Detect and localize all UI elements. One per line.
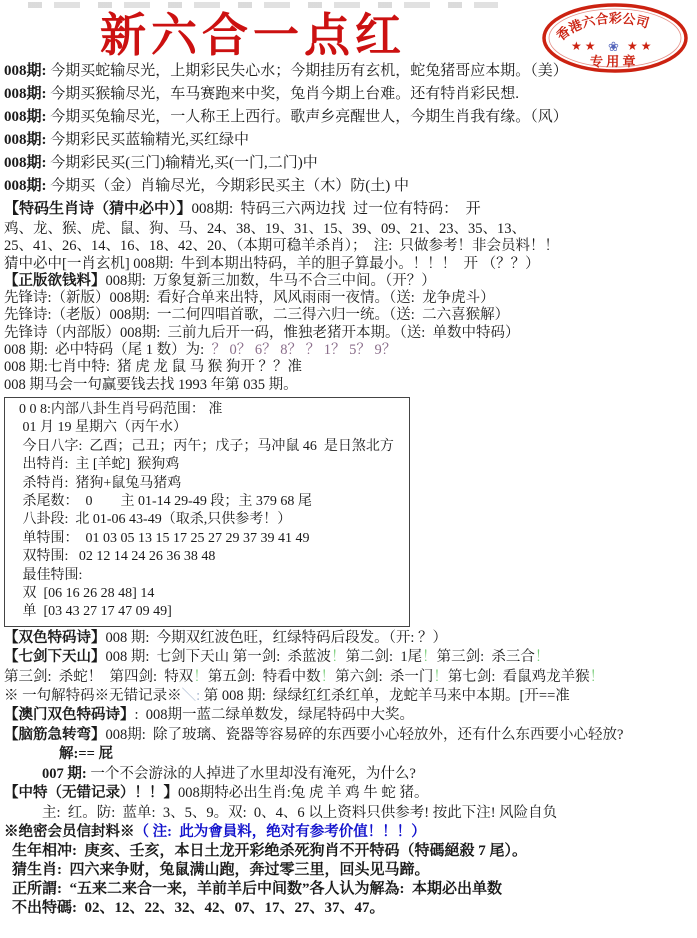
text-segment: 今期买（金）肖输尽光，今期彩民买主（木）防(土) 中: [50, 178, 409, 194]
text-line: 双 [06 16 26 28 48] 14: [19, 585, 405, 603]
text-segment: 今期买兔输尽光，一人称王上西行。歌声乡亮醒世人，今期生肖我有缘。（风）: [50, 109, 568, 125]
text-segment: 【双色特码诗】: [4, 630, 106, 646]
text-segment: ＼:: [182, 688, 201, 704]
text-segment: 八卦段: 北 01-06 43-49（取杀,只供参考！）: [19, 512, 291, 527]
text-line: 【正版欲钱料】008期: 万象复新三加数，牛马不合三中间。（开？）: [4, 273, 694, 290]
text-segment: 杀尾数： 0 主 01-14 29-49 段；主 379 68 尾: [19, 494, 312, 509]
stamp-stars-right: ★ ★: [627, 39, 652, 53]
text-segment: 008期特必出生肖:兔 虎 羊 鸡 牛 蛇 猪。: [178, 785, 429, 801]
text-segment: ！: [422, 649, 437, 665]
text-line: 第三剑: 杀蛇！ 第四剑: 特双！第五剑: 特看中数！第六剑: 杀一门！第七剑:…: [4, 668, 694, 687]
text-line: 【中特（无错记录）！！】008期特必出生肖:兔 虎 羊 鸡 牛 蛇 猪。: [4, 784, 694, 803]
text-segment: 008 期: 今期双红波色旺，红绿特码后段发。（开: ？）: [106, 630, 448, 646]
text-line: 008 期: 必中特码（尾 1 数）为: ？ 0？ 6？ 8？ ？ 1？ 5？ …: [4, 342, 694, 359]
sheet-content: 008期: 今期买蛇输尽光，上期彩民失心水；今期挂历有玄机，蛇兔猪哥应本期。（美…: [4, 60, 694, 918]
text-segment: 第三剑: 杀三合: [437, 649, 535, 665]
text-segment: 第六剑: 杀一门: [335, 669, 433, 685]
text-line: 【澳门双色特码诗】: 008期一蓝二绿单数发，绿尾特码中大奖。: [4, 706, 694, 725]
text-segment: ！: [321, 669, 336, 685]
text-segment: 【澳门双色特码诗】: [4, 707, 135, 723]
text-segment: ！: [433, 669, 448, 685]
text-segment: 双 [06 16 26 28 48] 14: [19, 586, 154, 601]
text-segment: 007 期:: [42, 766, 90, 782]
page-title: 新六合一点红: [100, 10, 406, 62]
text-line: 【脑筋急转弯】008期: 除了玻璃、瓷器等容易碎的东西要小心轻放外，还有什么东西…: [4, 726, 694, 745]
text-segment: ？ 0？ 6？ 8？ ？ 1？ 5？ 9？: [211, 342, 396, 358]
text-segment: 一个不会游泳的人掉进了水里却没有淹死，为什么?: [90, 766, 415, 782]
stamp-flower-icon: ❀: [608, 39, 619, 54]
text-segment: 单特围： 01 03 05 13 15 17 25 27 29 37 39 41…: [19, 531, 310, 546]
text-segment: 第 008 期: 绿绿红红杀红单，龙蛇羊马来中本期。[开==准: [200, 688, 570, 704]
top-artifact: [28, 2, 498, 8]
text-line: 最佳特围:: [19, 567, 405, 585]
text-segment: 解:== 屁: [59, 746, 113, 762]
text-line: 出特肖: 主 [羊蛇] 猴狗鸡: [19, 456, 405, 474]
text-segment: （ 注: 此为會員料，绝对有参考价值！！！）: [135, 824, 426, 840]
text-line: 先锋诗:（新版）008期: 看好合单来出特，风风雨雨一夜情。（送: 龙争虎斗）: [4, 290, 694, 307]
text-segment: 01 月 19 星期六（丙午水）: [19, 420, 187, 435]
text-segment: 今日八字: 乙酉；己丑；丙午；戊子；马冲鼠 46 是日煞北方: [19, 439, 394, 454]
text-line: 猜中必中[一肖玄机] 008期: 牛到本期出特码，羊的胆子算最小。！！！ 开 （…: [4, 256, 694, 273]
text-line: 杀尾数： 0 主 01-14 29-49 段；主 379 68 尾: [19, 493, 405, 511]
text-segment: 008期:: [4, 178, 50, 194]
text-segment: 主: 红。防: 蓝单: 3、5、9。双: 0、4、6 以上资料只供参考! 按此下…: [42, 805, 557, 821]
text-segment: 008期:: [4, 155, 50, 171]
text-line: 25、41、26、14、16、18、42、20、（本期可稳羊杀肖）； 注: 只做…: [4, 238, 694, 255]
text-segment: 【特码生肖诗（猜中必中）】: [4, 201, 192, 217]
text-line: 猜生肖: 四六来争财，兔鼠满山跑，奔过零三里，回头见马蹄。: [4, 861, 694, 880]
text-segment: ！: [590, 669, 605, 685]
text-line: 正所謂: “五来二来合一来，羊前羊后中间数”各人认为解為: 本期必出单数: [4, 880, 694, 899]
stamp-stars-left: ★ ★: [571, 39, 596, 53]
tips-block-bottom: 生年相冲: 庚亥、壬亥，本日土龙开彩绝杀死狗肖不开特码（特碼絕殺 7 尾）。猜生…: [4, 842, 694, 918]
text-line: 杀特肖: 猪狗+鼠兔马猪鸡: [19, 475, 405, 493]
text-segment: 008 期:七肖中特: 猪 虎 龙 鼠 马 猴 狗开 ？？准: [4, 359, 302, 375]
text-segment: : 008期一蓝二绿单数发，绿尾特码中大奖。: [135, 707, 415, 723]
text-segment: 008期:: [4, 109, 50, 125]
text-segment: 单 [03 43 27 17 47 09 49]: [19, 604, 172, 619]
text-line: 双特围: 02 12 14 24 26 36 38 48: [19, 548, 405, 566]
text-segment: 25、41、26、14、16、18、42、20、（本期可稳羊杀肖）； 注: 只做…: [4, 238, 559, 254]
text-segment: 杀特肖: 猪狗+鼠兔马猪鸡: [19, 476, 181, 491]
text-segment: 双特围: 02 12 14 24 26 36 38 48: [19, 549, 215, 564]
text-line: ※绝密会员信封料※（ 注: 此为會員料，绝对有参考价值！！！）: [4, 823, 694, 842]
text-line: 生年相冲: 庚亥、壬亥，本日土龙开彩绝杀死狗肖不开特码（特碼絕殺 7 尾）。: [4, 842, 694, 861]
text-line: 008 期:七肖中特: 猪 虎 龙 鼠 马 猴 狗开 ？？准: [4, 359, 694, 376]
text-segment: ※ 一句解特码※无错记录※: [4, 688, 182, 704]
text-line: 主: 红。防: 蓝单: 3、5、9。双: 0、4、6 以上资料只供参考! 按此下…: [4, 804, 694, 823]
text-segment: ！: [535, 649, 550, 665]
text-line: 先锋诗:（老版）008期: 一二何四唱首歌，二三得六归一统。（送: 二六喜猴解）: [4, 307, 694, 324]
text-segment: 008期: 万象复新三加数，牛马不合三中间。（开？）: [106, 273, 436, 289]
text-segment: 鸡、龙、猴、虎、鼠、狗、马、24、38、19、31、15、39、09、21、23…: [4, 221, 526, 237]
text-line: 0 0 8:内部八卦生肖号码范围： 准: [19, 401, 405, 419]
text-line: 八卦段: 北 01-06 43-49（取杀,只供参考！）: [19, 511, 405, 529]
text-segment: 今期彩民买蓝输精光,买红绿中: [50, 132, 249, 148]
text-segment: 今期买蛇输尽光，上期彩民失心水；今期挂历有玄机，蛇兔猪哥应本期。（美）: [50, 63, 568, 79]
text-line: 【特码生肖诗（猜中必中）】008期: 特码三六两边找 过一位有特码： 开: [4, 198, 694, 221]
text-segment: 0 0 8:内部八卦生肖号码范围： 准: [19, 402, 222, 417]
text-segment: 先锋诗（内部版）008期: 三前九后开一码，惟独老猪开本期。（送: 单数中特码）: [4, 325, 520, 341]
text-segment: 第五剑: 特看中数: [208, 669, 321, 685]
text-line: 【七剑下天山】008 期: 七剑下天山 第一剑: 杀蓝波！第二剑: 1尾！第三剑…: [4, 648, 694, 667]
text-segment: 008 期: 七剑下天山 第一剑: 杀蓝波: [106, 649, 332, 665]
text-line: 单 [03 43 27 17 47 09 49]: [19, 603, 405, 621]
text-segment: 出特肖: 主 [羊蛇] 猴狗鸡: [19, 457, 179, 472]
text-segment: 不出特碼: 02、12、22、32、42、07、17、27、37、47。: [12, 900, 385, 916]
text-segment: 008 期马会一句赢要钱去找 1993 年第 035 期。: [4, 377, 298, 393]
text-line: 008期: 今期买蛇输尽光，上期彩民失心水；今期挂历有玄机，蛇兔猪哥应本期。（美…: [4, 60, 694, 83]
text-line: 单特围： 01 03 05 13 15 17 25 27 29 37 39 41…: [19, 530, 405, 548]
text-line: 008 期马会一句赢要钱去找 1993 年第 035 期。: [4, 377, 694, 394]
text-line: ※ 一句解特码※无错记录※＼: 第 008 期: 绿绿红红杀红单，龙蛇羊马来中本…: [4, 687, 694, 706]
text-line: 008期: 今期买（金）肖输尽光，今期彩民买主（木）防(土) 中: [4, 175, 694, 198]
text-line: 今日八字: 乙酉；己丑；丙午；戊子；马冲鼠 46 是日煞北方: [19, 438, 405, 456]
tips-block-lower: 【双色特码诗】008 期: 今期双红波色旺，红绿特码后段发。（开: ？）【七剑下…: [4, 629, 694, 842]
text-segment: 生年相冲: 庚亥、壬亥，本日土龙开彩绝杀死狗肖不开特码（特碼絕殺 7 尾）。: [12, 843, 527, 859]
text-line: 先锋诗（内部版）008期: 三前九后开一码，惟独老猪开本期。（送: 单数中特码）: [4, 325, 694, 342]
text-line: 解:== 屁: [4, 745, 694, 764]
text-line: 鸡、龙、猴、虎、鼠、狗、马、24、38、19、31、15、39、09、21、23…: [4, 221, 694, 238]
text-segment: 【中特（无错记录）！！】: [4, 785, 178, 801]
bagua-info-box: 0 0 8:内部八卦生肖号码范围： 准 01 月 19 星期六（丙午水） 今日八…: [4, 397, 410, 627]
text-line: 008期: 今期彩民买(三门)输精光,买(一门,二门)中: [4, 152, 694, 175]
text-segment: 【脑筋急转弯】: [4, 727, 106, 743]
text-segment: ！: [193, 669, 208, 685]
text-segment: 008 期: 必中特码（尾 1 数）为:: [4, 342, 211, 358]
text-segment: ！: [331, 649, 346, 665]
text-segment: 008期: 特码三六两边找 过一位有特码： 开: [192, 201, 481, 217]
text-segment: ※绝密会员信封料※: [4, 824, 135, 840]
text-segment: 【七剑下天山】: [4, 649, 106, 665]
text-segment: 【正版欲钱料】: [4, 273, 106, 289]
text-segment: 008期:: [4, 86, 50, 102]
text-line: 【双色特码诗】008 期: 今期双红波色旺，红绿特码后段发。（开: ？）: [4, 629, 694, 648]
text-line: 不出特碼: 02、12、22、32、42、07、17、27、37、47。: [4, 899, 694, 918]
text-segment: 今期彩民买(三门)输精光,买(一门,二门)中: [50, 155, 317, 171]
text-segment: 008期:: [4, 63, 50, 79]
text-segment: 正所謂: “五来二来合一来，羊前羊后中间数”各人认为解為: 本期必出单数: [12, 881, 502, 897]
tips-block-top: 008期: 今期买蛇输尽光，上期彩民失心水；今期挂历有玄机，蛇兔猪哥应本期。（美…: [4, 60, 694, 221]
text-line: 008期: 今期买兔输尽光，一人称王上西行。歌声乡亮醒世人，今期生肖我有缘。（风…: [4, 106, 694, 129]
text-segment: 第二剑: 1尾: [346, 649, 423, 665]
text-segment: 008期: 除了玻璃、瓷器等容易碎的东西要小心轻放外，还有什么东西要小心轻放?: [106, 727, 624, 743]
text-segment: 先锋诗:（老版）008期: 一二何四唱首歌，二三得六归一统。（送: 二六喜猴解）: [4, 307, 509, 323]
text-segment: 最佳特围:: [19, 568, 82, 583]
text-segment: 猜生肖: 四六来争财，兔鼠满山跑，奔过零三里，回头见马蹄。: [12, 862, 430, 878]
tips-block-upper: 鸡、龙、猴、虎、鼠、狗、马、24、38、19、31、15、39、09、21、23…: [4, 221, 694, 394]
text-segment: 猜中必中[一肖玄机] 008期: 牛到本期出特码，羊的胆子算最小。！！！ 开 （…: [4, 256, 540, 272]
text-segment: 008期:: [4, 132, 50, 148]
text-segment: 先锋诗:（新版）008期: 看好合单来出特，风风雨雨一夜情。（送: 龙争虎斗）: [4, 290, 495, 306]
text-segment: 第三剑: 杀蛇！ 第四剑: 特双: [4, 669, 193, 685]
text-line: 007 期: 一个不会游泳的人掉进了水里却没有淹死，为什么?: [4, 765, 694, 784]
text-segment: 第七剑: 看鼠鸡龙羊猴: [448, 669, 590, 685]
text-segment: 今期买猴输尽光，车马赛跑来中奖，兔肖今期上台难。还有特肖彩民想.: [50, 86, 519, 102]
text-line: 008期: 今期彩民买蓝输精光,买红绿中: [4, 129, 694, 152]
text-line: 008期: 今期买猴输尽光，车马赛跑来中奖，兔肖今期上台难。还有特肖彩民想.: [4, 83, 694, 106]
text-line: 01 月 19 星期六（丙午水）: [19, 419, 405, 437]
